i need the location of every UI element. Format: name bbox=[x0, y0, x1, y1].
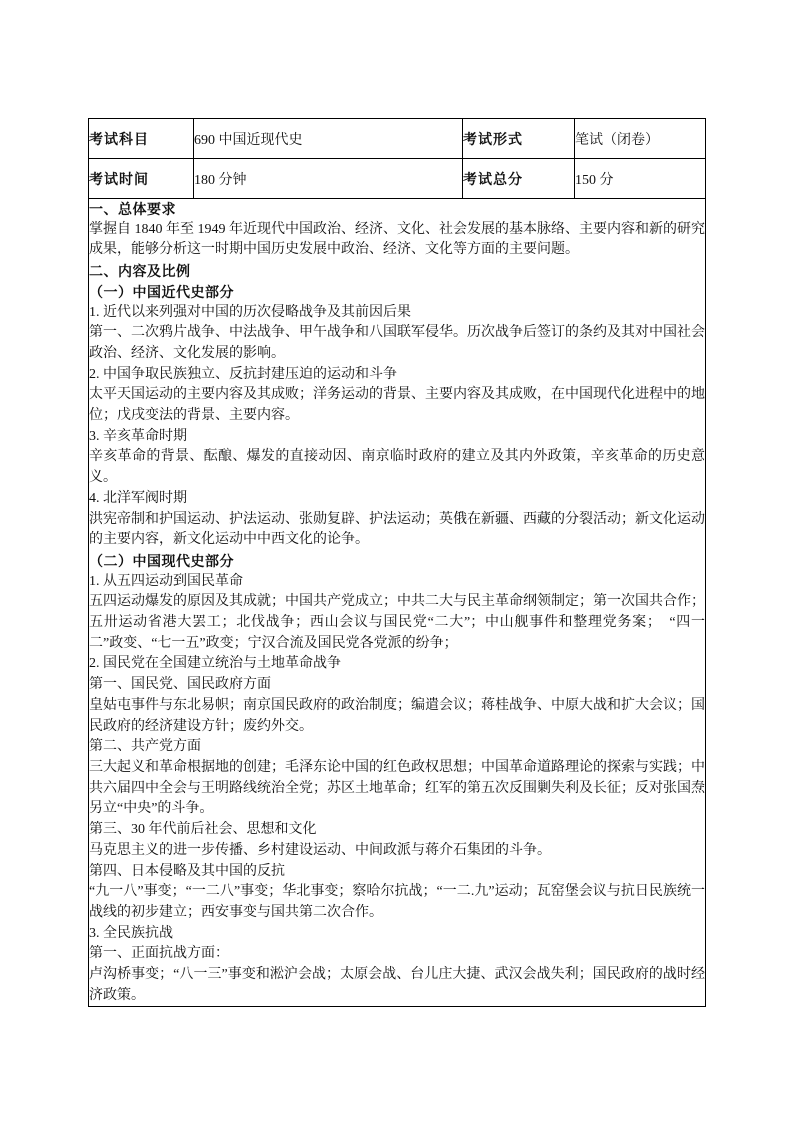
exam-total-score-label: 考试总分 bbox=[463, 159, 575, 199]
body-paragraph: 卢沟桥事变；“八一三”事变和淞沪会战；太原会战、台儿庄大捷、武汉会战失利；国民政… bbox=[89, 965, 705, 1006]
body-heading: 二、内容及比例 bbox=[89, 261, 705, 282]
table-row: 考试科目 690 中国近现代史 考试形式 笔试（闭卷） bbox=[89, 119, 706, 159]
body-paragraph: 洪宪帝制和护国运动、护法运动、张勋复辟、护法运动；英俄在新疆、西藏的分裂活动；新… bbox=[89, 510, 705, 551]
syllabus-body: 一、总体要求掌握自 1840 年至 1949 年近现代中国政治、经济、文化、社会… bbox=[89, 199, 706, 1007]
body-paragraph: 3. 辛亥革命时期 bbox=[89, 427, 705, 448]
body-paragraph: 1. 近代以来列强对中国的历次侵略战争及其前因后果 bbox=[89, 303, 705, 324]
body-paragraph: “九一八”事变；“一二八”事变；华北事变；察哈尔抗战；“一二.九”运动；瓦窑堡会… bbox=[89, 882, 705, 923]
exam-duration-label: 考试时间 bbox=[89, 159, 194, 199]
table-row: 一、总体要求掌握自 1840 年至 1949 年近现代中国政治、经济、文化、社会… bbox=[89, 199, 706, 1007]
exam-subject-value: 690 中国近现代史 bbox=[194, 119, 463, 159]
exam-duration-value: 180 分钟 bbox=[194, 159, 463, 199]
body-paragraph: 3. 全民族抗战 bbox=[89, 924, 705, 945]
body-paragraph: 第一、国民党、国民政府方面 bbox=[89, 675, 705, 696]
exam-total-score-value: 150 分 bbox=[575, 159, 706, 199]
body-paragraph: 4. 北洋军阀时期 bbox=[89, 489, 705, 510]
table-row: 考试时间 180 分钟 考试总分 150 分 bbox=[89, 159, 706, 199]
body-paragraph: 第三、30 年代前后社会、思想和文化 bbox=[89, 820, 705, 841]
body-paragraph: 马克思主义的进一步传播、乡村建设运动、中间政派与蒋介石集团的斗争。 bbox=[89, 841, 705, 862]
body-paragraph: 太平天国运动的主要内容及其成败；洋务运动的背景、主要内容及其成败，在中国现代化进… bbox=[89, 385, 705, 426]
body-paragraph: 2. 中国争取民族独立、反抗封建压迫的运动和斗争 bbox=[89, 365, 705, 386]
document-page: 考试科目 690 中国近现代史 考试形式 笔试（闭卷） 考试时间 180 分钟 … bbox=[0, 0, 793, 1121]
exam-info-table: 考试科目 690 中国近现代史 考试形式 笔试（闭卷） 考试时间 180 分钟 … bbox=[88, 118, 706, 1007]
body-paragraph: 第一、二次鸦片战争、中法战争、甲午战争和八国联军侵华。历次战争后签订的条约及其对… bbox=[89, 323, 705, 364]
body-paragraph: 1. 从五四运动到国民革命 bbox=[89, 572, 705, 593]
body-paragraph: 第四、日本侵略及其中国的反抗 bbox=[89, 862, 705, 883]
body-paragraph: 三大起义和革命根据地的创建；毛泽东论中国的红色政权思想；中国革命道路理论的探索与… bbox=[89, 758, 705, 820]
body-paragraph: 第一、正面抗战方面： bbox=[89, 944, 705, 965]
exam-format-label: 考试形式 bbox=[463, 119, 575, 159]
body-heading: （一）中国近代史部分 bbox=[89, 282, 705, 303]
body-paragraph: 皇姑屯事件与东北易帜；南京国民政府的政治制度；编遣会议；蒋桂战争、中原大战和扩大… bbox=[89, 696, 705, 737]
body-heading: 一、总体要求 bbox=[89, 199, 705, 220]
exam-subject-label: 考试科目 bbox=[89, 119, 194, 159]
body-paragraph: 五四运动爆发的原因及其成就；中国共产党成立；中共二大与民主革命纲领制定；第一次国… bbox=[89, 592, 705, 654]
body-paragraph: 掌握自 1840 年至 1949 年近现代中国政治、经济、文化、社会发展的基本脉… bbox=[89, 220, 705, 261]
body-paragraph: 2. 国民党在全国建立统治与土地革命战争 bbox=[89, 654, 705, 675]
body-heading: （二）中国现代史部分 bbox=[89, 551, 705, 572]
body-paragraph: 第二、共产党方面 bbox=[89, 737, 705, 758]
body-paragraph: 辛亥革命的背景、酝酿、爆发的直接动因、南京临时政府的建立及其内外政策，辛亥革命的… bbox=[89, 447, 705, 488]
exam-format-value: 笔试（闭卷） bbox=[575, 119, 706, 159]
